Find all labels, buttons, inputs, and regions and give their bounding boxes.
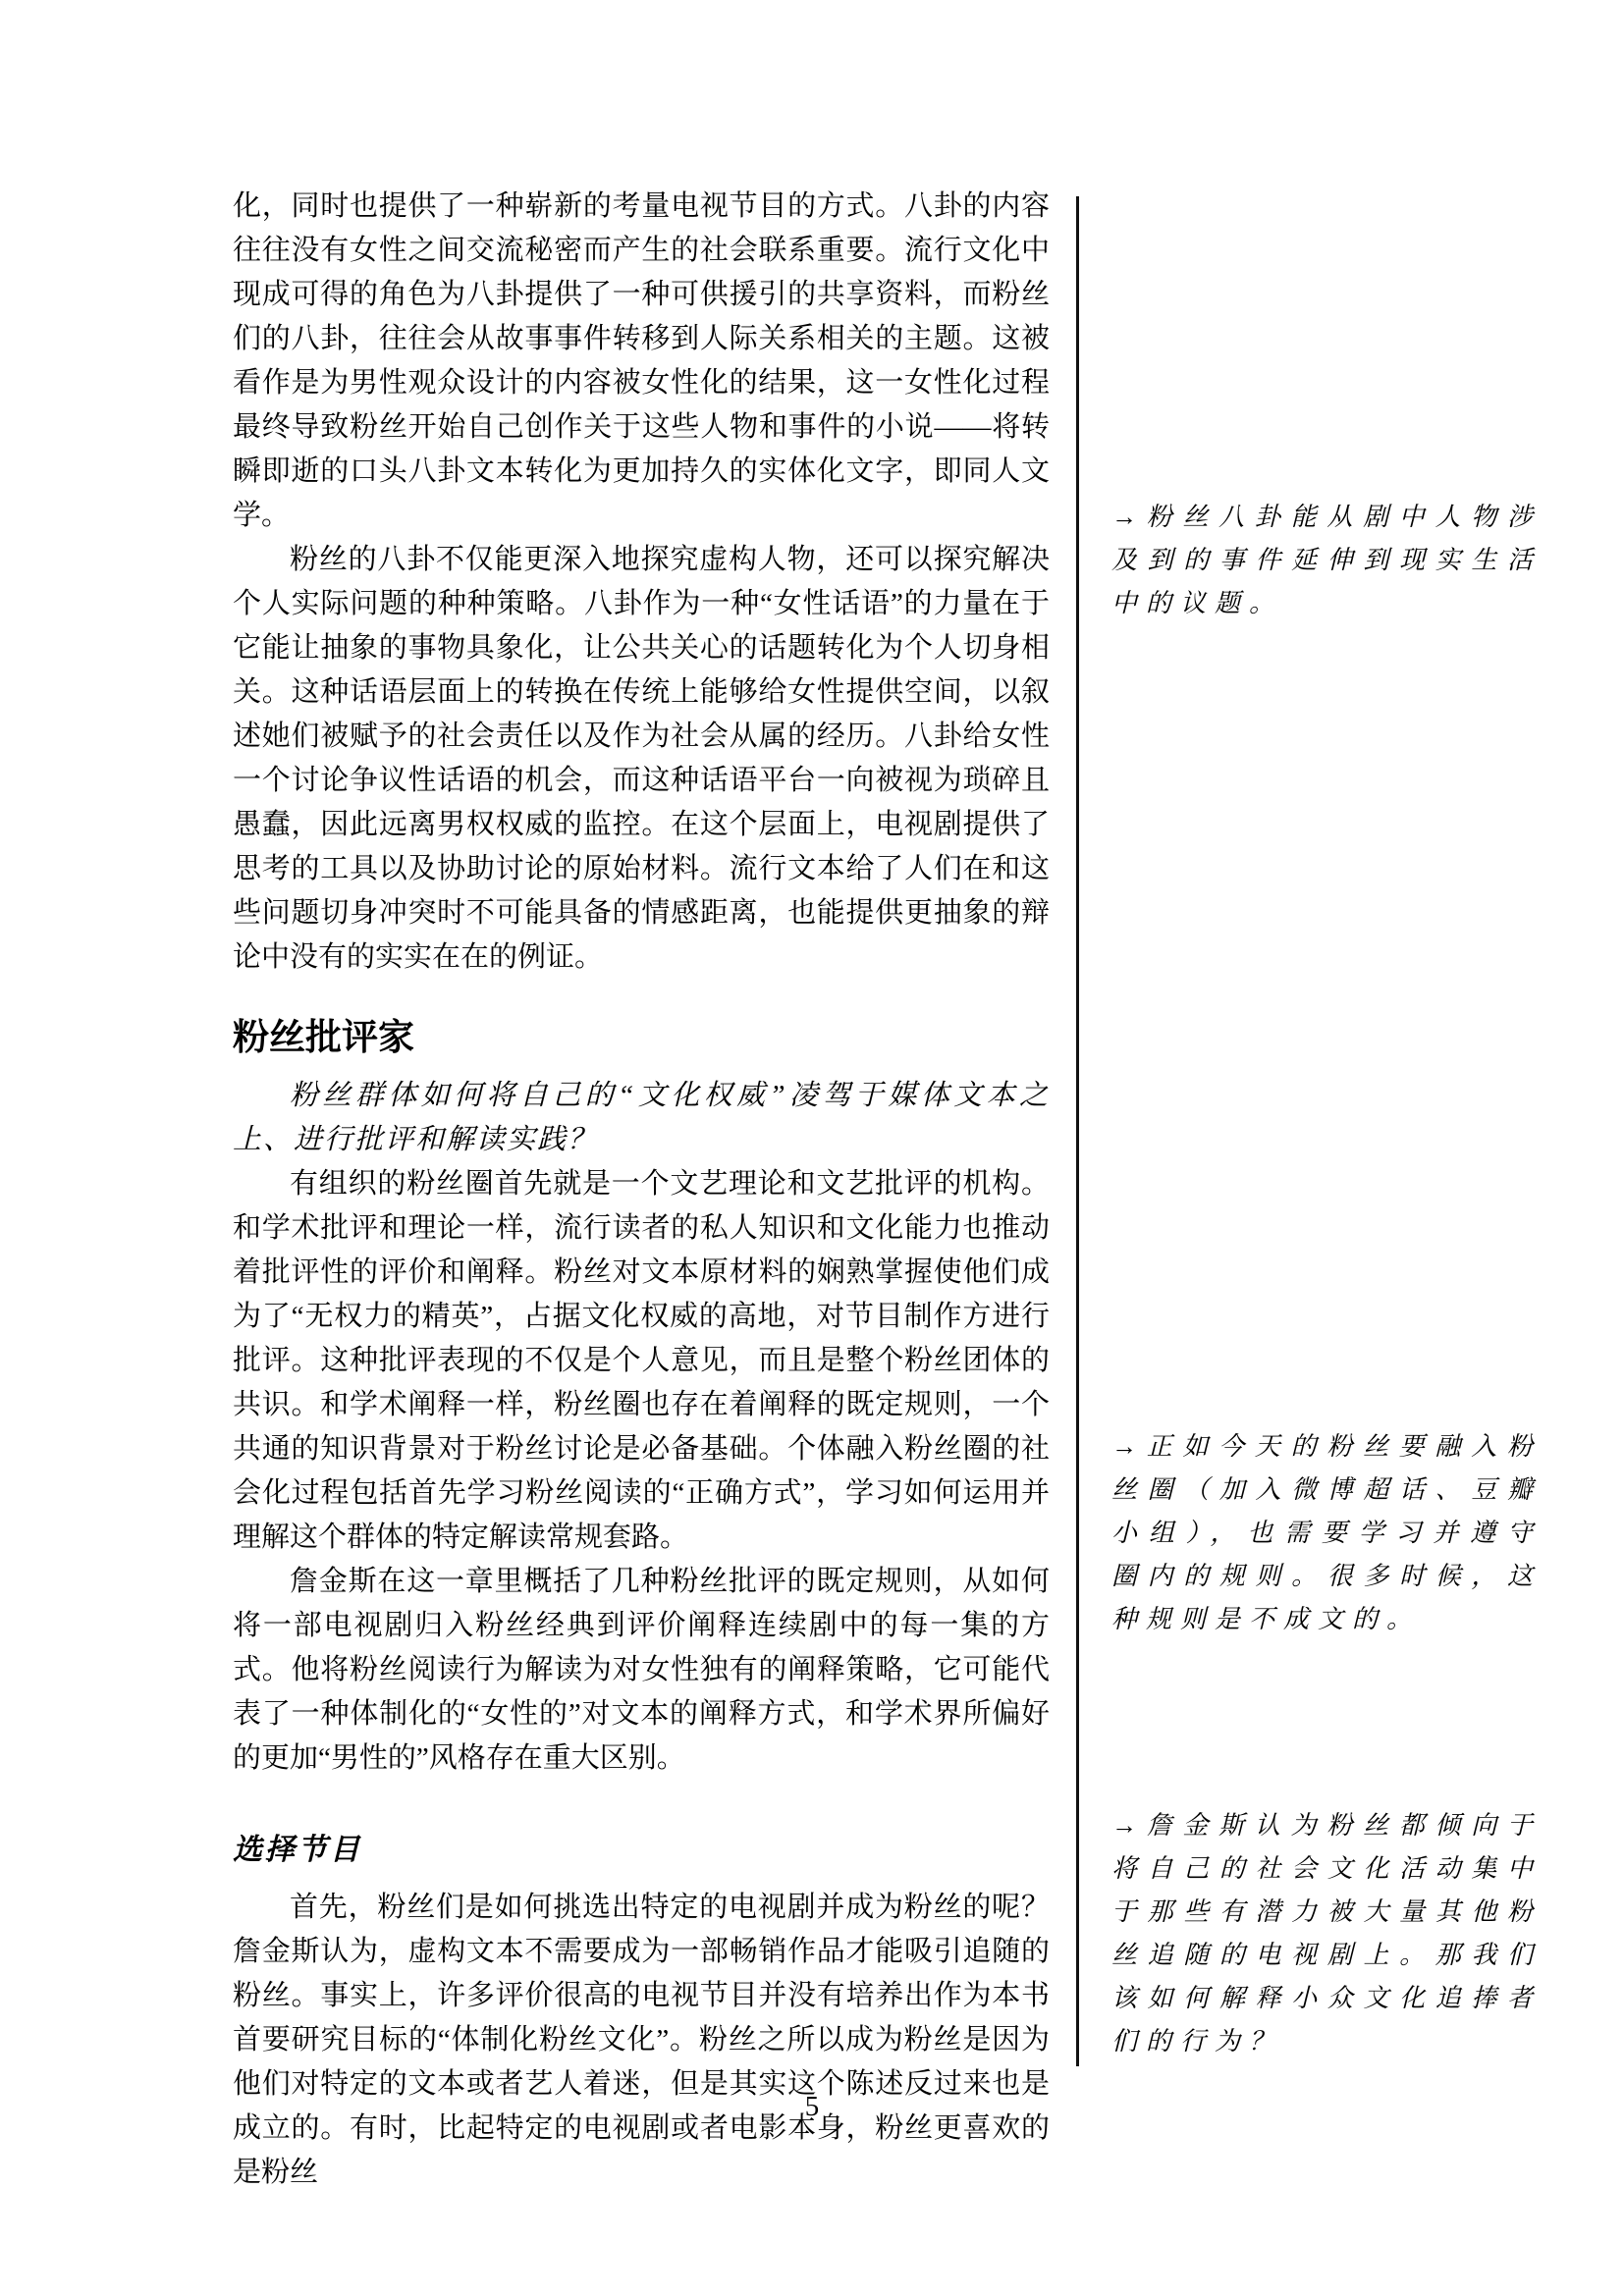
body-paragraph-continuation: 化，同时也提供了一种崭新的考量电视节目的方式。八卦的内容往往没有女性之间交流秘密… [233,185,1050,538]
margin-note: →詹金斯认为粉丝都倾向于将自己的社会文化活动集中于那些有潜力被大量其他粉丝追随的… [1111,1804,1542,2063]
margin-note: →粉丝八卦能从剧中人物涉及到的事件延伸到现实生活中的议题。 [1111,496,1542,625]
arrow-right-icon: → [1111,503,1145,531]
arrow-right-icon: → [1111,1811,1145,1840]
document-page: 化，同时也提供了一种崭新的考量电视节目的方式。八卦的内容往往没有女性之间交流秘密… [0,0,1624,2296]
body-paragraph: 有组织的粉丝圈首先就是一个文艺理论和文艺批评的机构。和学术批评和理论一样，流行读… [233,1162,1050,1560]
body-paragraph: 粉丝的八卦不仅能更深入地探究虚构人物，还可以探究解决个人实际问题的种种策略。八卦… [233,538,1050,980]
body-paragraph: 首先，粉丝们是如何挑选出特定的电视剧并成为粉丝的呢？詹金斯认为，虚构文本不需要成… [233,1886,1050,2195]
margin-note-text: 詹金斯认为粉丝都倾向于将自己的社会文化活动集中于那些有潜力被大量其他粉丝追随的电… [1111,1811,1542,2056]
main-text-column: 化，同时也提供了一种崭新的考量电视节目的方式。八卦的内容往往没有女性之间交流秘密… [233,185,1050,2195]
subsection-heading: 选择节目 [233,1828,1050,1872]
margin-note: →正如今天的粉丝要融入粉丝圈（加入微博超话、豆瓣小组），也需要学习并遵守圈内的规… [1111,1425,1542,1641]
page-number: 5 [0,2087,1624,2126]
section-lead-question: 粉丝群体如何将自己的“文化权威”凌驾于媒体文本之上、进行批评和解读实践？ [233,1074,1050,1162]
section-heading: 粉丝批评家 [233,1013,1050,1064]
body-paragraph: 詹金斯在这一章里概括了几种粉丝批评的既定规则，从如何将一部电视剧归入粉丝经典到评… [233,1560,1050,1781]
margin-note-text: 正如今天的粉丝要融入粉丝圈（加入微博超话、豆瓣小组），也需要学习并遵守圈内的规则… [1111,1432,1542,1633]
arrow-right-icon: → [1111,1432,1145,1461]
margin-note-text: 粉丝八卦能从剧中人物涉及到的事件延伸到现实生活中的议题。 [1111,503,1542,617]
column-divider-rule [1076,196,1079,2066]
